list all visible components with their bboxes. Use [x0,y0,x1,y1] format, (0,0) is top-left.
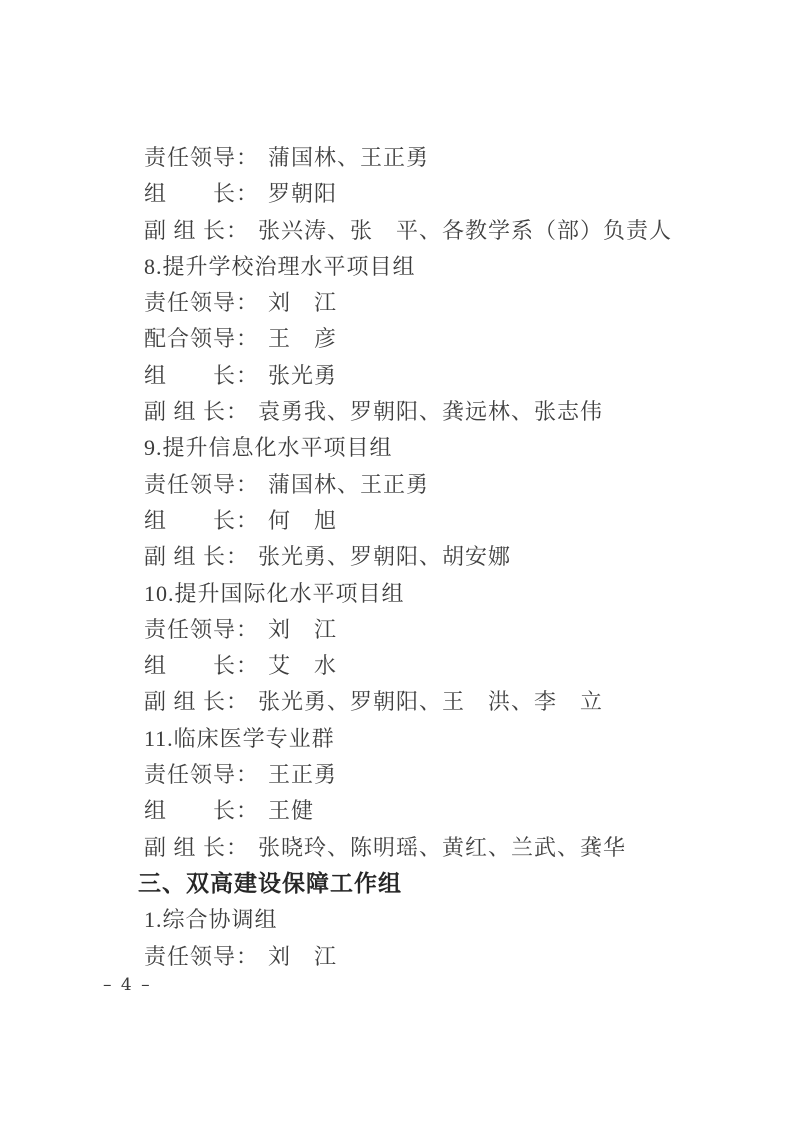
field-line: 组 长：王健 [144,793,672,829]
group-heading: 11.临床医学专业群 [144,721,672,757]
field-value: 刘 江 [268,617,337,642]
field-label: 副 组 长： [144,835,249,860]
group-heading: 10.提升国际化水平项目组 [144,576,672,612]
field-label: 责任领导： [144,944,259,969]
field-value: 王健 [268,798,314,823]
group-heading: 9.提升信息化水平项目组 [144,430,672,466]
field-label: 组 长： [144,363,259,388]
field-line: 副 组 长：张光勇、罗朝阳、王 洪、李 立 [144,684,672,720]
field-value: 袁勇我、罗朝阳、龚远林、张志伟 [258,399,603,424]
field-label: 责任领导： [144,290,259,315]
field-line: 责任领导：刘 江 [144,285,672,321]
field-line: 副 组 长：袁勇我、罗朝阳、龚远林、张志伟 [144,394,672,430]
field-label: 组 长： [144,181,259,206]
field-value: 刘 江 [268,944,337,969]
field-line: 责任领导：蒲国林、王正勇 [144,140,672,176]
field-label: 组 长： [144,508,259,533]
document-body: 责任领导：蒲国林、王正勇组 长：罗朝阳副 组 长：张兴涛、张 平、各教学系（部）… [144,140,672,975]
group-heading: 8.提升学校治理水平项目组 [144,249,672,285]
field-line: 责任领导：王正勇 [144,757,672,793]
field-value: 张晓玲、陈明瑶、黄红、兰武、龚华 [258,835,626,860]
field-line: 组 长：艾 水 [144,648,672,684]
field-value: 张光勇 [268,363,337,388]
field-value: 刘 江 [268,290,337,315]
field-label: 副 组 长： [144,218,249,243]
group-heading: 1.综合协调组 [144,902,672,938]
field-label: 副 组 长： [144,399,249,424]
field-label: 组 长： [144,653,259,678]
page-number: – 4 – [103,975,152,995]
field-line: 副 组 长：张兴涛、张 平、各教学系（部）负责人 [144,213,672,249]
field-value: 张兴涛、张 平、各教学系（部）负责人 [258,218,672,243]
field-line: 副 组 长：张光勇、罗朝阳、胡安娜 [144,539,672,575]
field-value: 蒲国林、王正勇 [268,145,429,170]
document-page: 责任领导：蒲国林、王正勇组 长：罗朝阳副 组 长：张兴涛、张 平、各教学系（部）… [0,0,794,1123]
field-value: 张光勇、罗朝阳、胡安娜 [258,544,511,569]
field-line: 组 长：罗朝阳 [144,176,672,212]
field-value: 罗朝阳 [268,181,337,206]
field-value: 王 彦 [268,326,337,351]
field-line: 责任领导：蒲国林、王正勇 [144,467,672,503]
field-value: 王正勇 [268,762,337,787]
field-label: 副 组 长： [144,689,249,714]
field-value: 何 旭 [268,508,337,533]
field-label: 责任领导： [144,617,259,642]
field-line: 责任领导：刘 江 [144,612,672,648]
field-label: 组 长： [144,798,259,823]
field-label: 责任领导： [144,472,259,497]
field-label: 副 组 长： [144,544,249,569]
field-line: 配合领导：王 彦 [144,321,672,357]
section-heading: 三、双高建设保障工作组 [138,866,672,902]
field-value: 艾 水 [268,653,337,678]
field-line: 组 长：张光勇 [144,358,672,394]
field-label: 配合领导： [144,326,259,351]
field-label: 责任领导： [144,145,259,170]
field-line: 组 长：何 旭 [144,503,672,539]
field-value: 蒲国林、王正勇 [268,472,429,497]
field-line: 责任领导：刘 江 [144,939,672,975]
field-value: 张光勇、罗朝阳、王 洪、李 立 [258,689,603,714]
field-label: 责任领导： [144,762,259,787]
field-line: 副 组 长：张晓玲、陈明瑶、黄红、兰武、龚华 [144,830,672,866]
